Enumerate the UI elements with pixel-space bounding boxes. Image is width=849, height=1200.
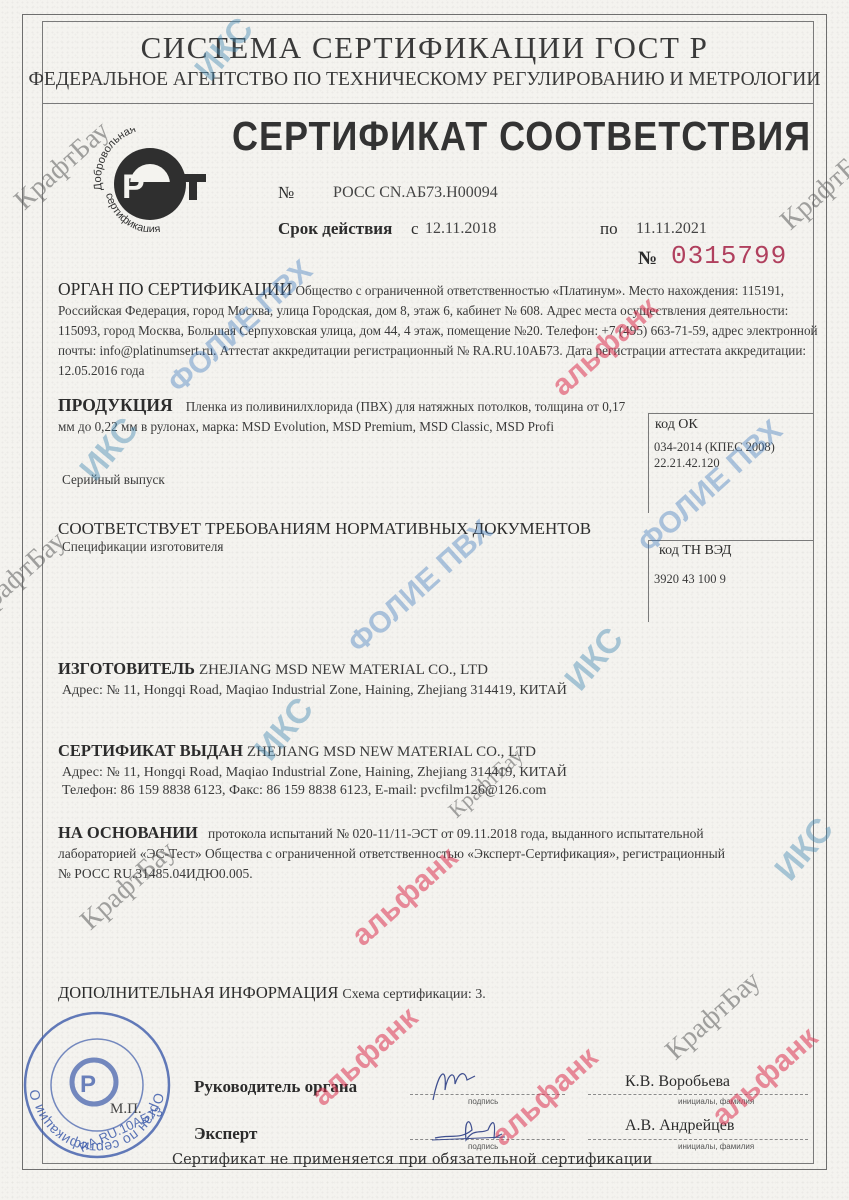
additional-section: ДОПОЛНИТЕЛЬНАЯ ИНФОРМАЦИЯ Схема сертифик…	[58, 983, 486, 1005]
svg-text:P: P	[122, 168, 145, 206]
rst-certification-logo: Добровольная P сертификация	[92, 128, 224, 232]
blank-number-label: №	[638, 248, 657, 270]
seal-place-label: М.П.	[110, 1101, 142, 1118]
tnved-code-label: код ТН ВЭД	[649, 541, 814, 559]
reg-number-label: №	[278, 183, 294, 203]
release-type: Серийный выпуск	[62, 470, 165, 490]
basis-heading: НА ОСНОВАНИИ	[58, 823, 198, 842]
head-signature	[425, 1060, 485, 1105]
valid-to-date: 11.11.2021	[636, 220, 707, 238]
header-divider	[42, 103, 814, 104]
ok-code-line: 22.21.42.120	[654, 455, 814, 471]
head-name-line	[588, 1094, 808, 1095]
expert-name: А.В. Андрейцев	[625, 1117, 734, 1135]
certificate-title: СЕРТИФИКАТ СООТВЕТСТВИЯ	[232, 113, 811, 160]
manufacturer-name: ZHEJIANG MSD NEW MATERIAL CO., LTD	[199, 662, 488, 678]
product-heading: ПРОДУКЦИЯ	[58, 395, 173, 415]
certification-body-stamp: Орган по сертификации ООО «Платинум» RA.…	[22, 1010, 172, 1160]
head-name-caption: инициалы, фамилия	[678, 1097, 754, 1106]
validity-from-label: с	[411, 219, 419, 239]
ok-code-label: код ОК	[649, 414, 814, 433]
additional-text: Схема сертификации: 3.	[342, 987, 485, 1002]
ok-code-values: 034-2014 (КПЕС 2008) 22.21.42.120	[649, 433, 814, 471]
expert-name-caption: инициалы, фамилия	[678, 1142, 754, 1151]
head-name: К.В. Воробьева	[625, 1073, 730, 1091]
tnved-code-box: код ТН ВЭД 3920 43 100 9	[648, 540, 814, 622]
manufacturer-heading: ИЗГОТОВИТЕЛЬ	[58, 659, 195, 678]
issued-to-section: СЕРТИФИКАТ ВЫДАН ZHEJIANG MSD NEW MATERI…	[58, 741, 536, 762]
expert-label: Эксперт	[194, 1124, 257, 1144]
issued-to-heading: СЕРТИФИКАТ ВЫДАН	[58, 741, 243, 760]
valid-from-date: 12.11.2018	[425, 220, 496, 238]
manufacturer-address: Адрес: № 11, Hongqi Road, Maqiao Industr…	[62, 681, 567, 701]
agency-name: ФЕДЕРАЛЬНОЕ АГЕНТСТВО ПО ТЕХНИЧЕСКОМУ РЕ…	[0, 69, 849, 91]
additional-heading: ДОПОЛНИТЕЛЬНАЯ ИНФОРМАЦИЯ	[58, 983, 338, 1002]
basis-section: НА ОСНОВАНИИ протокола испытаний № 020-1…	[58, 823, 738, 884]
validity-label: Срок действия	[278, 219, 392, 239]
issued-to-address: Адрес: № 11, Hongqi Road, Maqiao Industr…	[62, 763, 567, 783]
manufacturer-section: ИЗГОТОВИТЕЛЬ ZHEJIANG MSD NEW MATERIAL C…	[58, 659, 488, 680]
reg-number: РОСС CN.АБ73.Н00094	[333, 184, 498, 202]
expert-name-line	[588, 1139, 808, 1140]
compliance-text: Спецификации изготовителя	[62, 537, 223, 557]
product-section: ПРОДУКЦИЯ Пленка из поливинилхлорида (ПВ…	[58, 395, 638, 437]
compliance-heading: СООТВЕТСТВУЕТ ТРЕБОВАНИЯМ НОРМАТИВНЫХ ДО…	[58, 519, 591, 539]
system-title: СИСТЕМА СЕРТИФИКАЦИИ ГОСТ Р	[0, 30, 849, 66]
blank-serial-number: 0315799	[671, 241, 787, 271]
certification-body-heading: ОРГАН ПО СЕРТИФИКАЦИИ	[58, 279, 292, 299]
certification-body-section: ОРГАН ПО СЕРТИФИКАЦИИ Общество с огранич…	[58, 279, 818, 381]
svg-text:P: P	[80, 1071, 96, 1098]
ok-code-line: 034-2014 (КПЕС 2008)	[654, 439, 814, 455]
head-label: Руководитель органа	[194, 1077, 357, 1097]
tnved-code: 3920 43 100 9	[649, 559, 814, 587]
ok-code-box: код ОК 034-2014 (КПЕС 2008) 22.21.42.120	[648, 413, 814, 513]
validity-to-label: по	[600, 219, 618, 239]
footer-note: Сертификат не применяется при обязательн…	[172, 1152, 652, 1168]
expert-signature	[430, 1110, 510, 1150]
issued-to-contacts: Телефон: 86 159 8838 6123, Факс: 86 159 …	[62, 781, 546, 801]
issued-to-name: ZHEJIANG MSD NEW MATERIAL CO., LTD	[247, 744, 536, 760]
